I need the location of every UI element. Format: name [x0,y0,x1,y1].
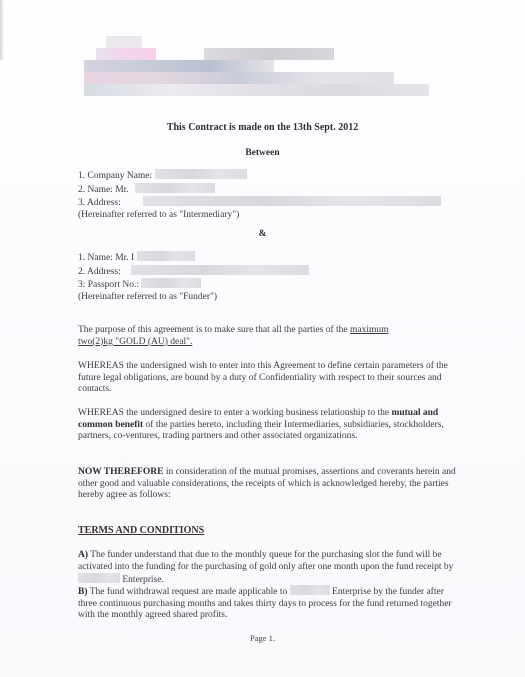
whereas-paragraph-2: WHEREAS the undersigned desire to enter … [78,408,458,443]
deal-underline-1: maximum [350,325,389,335]
clause-b: B) The fund withdrawal request are made … [78,585,463,622]
redacted-intermediary-address [143,196,441,206]
terms-heading: TERMS AND CONDITIONS [78,525,204,536]
passport-label: 3: Passport No.: [78,280,139,290]
party-intermediary: 1. Company Name: 2. Name: Mr. 3. Address… [78,169,441,221]
redacted-enterprise-a [78,573,120,583]
now-therefore-paragraph: NOW THEREFORE in consideration of the mu… [78,467,458,502]
company-name-label: 1. Company Name: [78,171,152,181]
redacted-funder-address [131,265,309,275]
funder-reference: (Hereinafter referred to as "Funder") [78,292,309,304]
purpose-paragraph: The purpose of this agreement is to make… [78,325,458,348]
between-heading: Between [0,148,525,158]
redacted-company-name [155,169,247,179]
contract-title: This Contract is made on the 13th Sept. … [0,122,525,133]
document-page: This Contract is made on the 13th Sept. … [0,0,525,677]
whereas-paragraph-1: WHEREAS the undersigned wish to enter in… [78,361,458,396]
ampersand: & [0,229,525,239]
clause-a: A) The funder understand that due to the… [78,550,463,587]
intermediary-name-label: 2. Name: Mr. [78,185,129,195]
scan-edge [0,0,4,60]
redacted-intermediary-name [135,183,215,193]
redacted-letterhead [84,36,434,98]
page-number: Page 1. [0,633,525,643]
intermediary-address-label: 3. Address: [78,198,121,208]
funder-name-label: 1. Name: Mr. I [78,253,134,263]
party-funder: 1. Name: Mr. I 2. Address: 3: Passport N… [78,251,309,303]
deal-underline-2: two(2)kg "GOLD (AU) deal". [78,337,192,347]
redacted-passport [141,278,201,288]
intermediary-reference: (Hereinafter referred to as "Intermediar… [78,210,441,222]
funder-address-label: 2. Address: [78,267,121,277]
redacted-enterprise-b [290,585,330,595]
redacted-funder-name [137,251,195,261]
